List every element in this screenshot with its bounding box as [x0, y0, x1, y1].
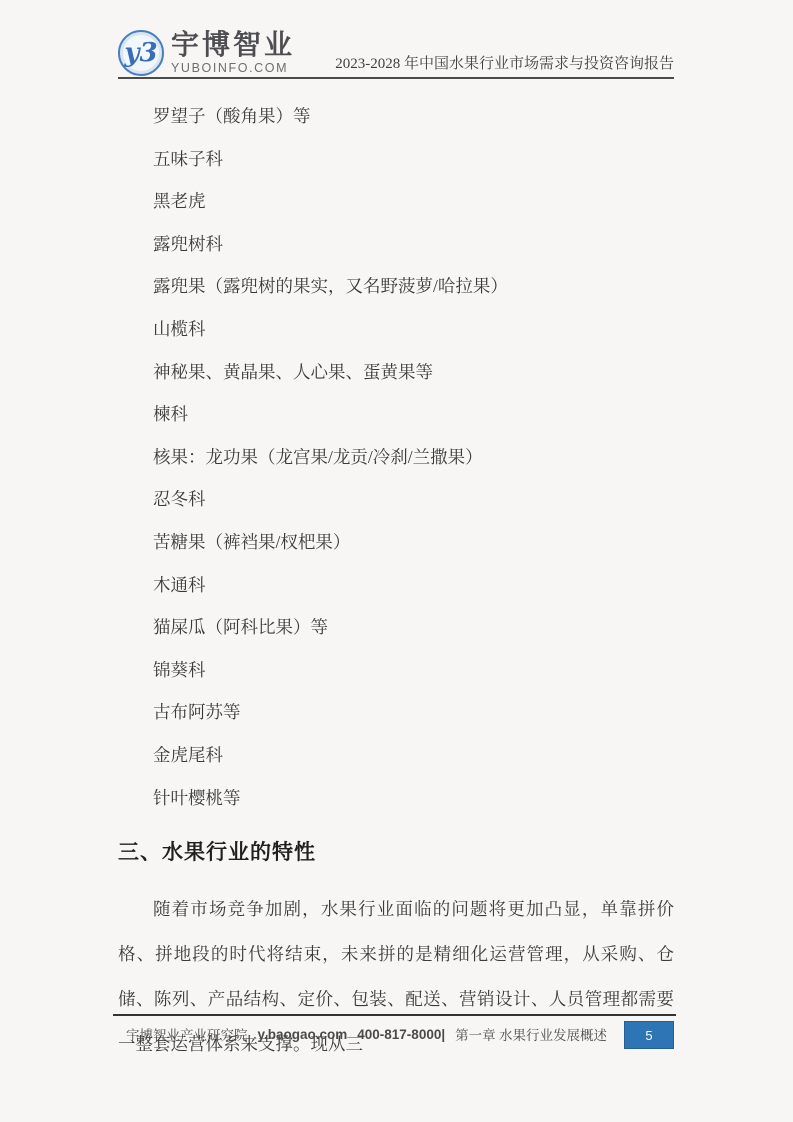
list-item: 核果：龙功果（龙宫果/龙贡/冷刹/兰撒果）: [118, 436, 674, 479]
list-item: 楝科: [118, 393, 674, 436]
page-number-badge: 5: [624, 1021, 674, 1049]
document-body: 罗望子（酸角果）等五味子科黑老虎露兜树科露兜果（露兜树的果实，又名野菠萝/哈拉果…: [118, 95, 674, 1067]
header-divider: [118, 77, 674, 79]
report-title: 2023-2028 年中国水果行业市场需求与投资咨询报告: [335, 52, 674, 76]
list-item: 猫屎瓜（阿科比果）等: [118, 606, 674, 649]
brand-name: 宇博智业: [171, 31, 295, 59]
footer-phone: 400-817-8000|: [357, 1027, 445, 1042]
footer-row: 宇博智业产业研究院 y.baogao.com 400-817-8000| 第一章…: [113, 1019, 676, 1049]
logo-monogram: y3: [124, 38, 157, 68]
list-item: 锦葵科: [118, 649, 674, 692]
list-item: 木通科: [118, 564, 674, 607]
list-item: 罗望子（酸角果）等: [118, 95, 674, 138]
list-item: 金虎尾科: [118, 734, 674, 777]
footer-website-link[interactable]: y.baogao.com: [257, 1027, 347, 1042]
list-item: 黑老虎: [118, 180, 674, 223]
yuboinfo-logo: y3 宇博智业 YUBOINFO.COM: [118, 30, 295, 76]
list-item: 忍冬科: [118, 478, 674, 521]
section-heading: 三、水果行业的特性: [118, 836, 674, 866]
footer-institute: 宇博智业产业研究院: [126, 1024, 248, 1044]
list-item: 露兜树科: [118, 223, 674, 266]
document-page: y3 宇博智业 YUBOINFO.COM 2023-2028 年中国水果行业市场…: [0, 0, 793, 1122]
list-item: 神秘果、黄晶果、人心果、蛋黄果等: [118, 351, 674, 394]
list-item: 山榄科: [118, 308, 674, 351]
footer-divider: [113, 1014, 676, 1016]
list-item: 五味子科: [118, 138, 674, 181]
list-item: 古布阿苏等: [118, 691, 674, 734]
fruit-category-list: 罗望子（酸角果）等五味子科黑老虎露兜树科露兜果（露兜树的果实，又名野菠萝/哈拉果…: [118, 95, 674, 819]
list-item: 苦糖果（裤裆果/杈杷果）: [118, 521, 674, 564]
list-item: 露兜果（露兜树的果实，又名野菠萝/哈拉果）: [118, 265, 674, 308]
page-header: y3 宇博智业 YUBOINFO.COM 2023-2028 年中国水果行业市场…: [118, 24, 674, 76]
brand-domain: YUBOINFO.COM: [171, 62, 295, 75]
page-footer: 宇博智业产业研究院 y.baogao.com 400-817-8000| 第一章…: [113, 1014, 676, 1049]
yuboinfo-logo-icon: y3: [118, 30, 164, 76]
footer-chapter: 第一章 水果行业发展概述: [455, 1024, 607, 1044]
list-item: 针叶樱桃等: [118, 777, 674, 820]
logo-text: 宇博智业 YUBOINFO.COM: [171, 31, 295, 75]
